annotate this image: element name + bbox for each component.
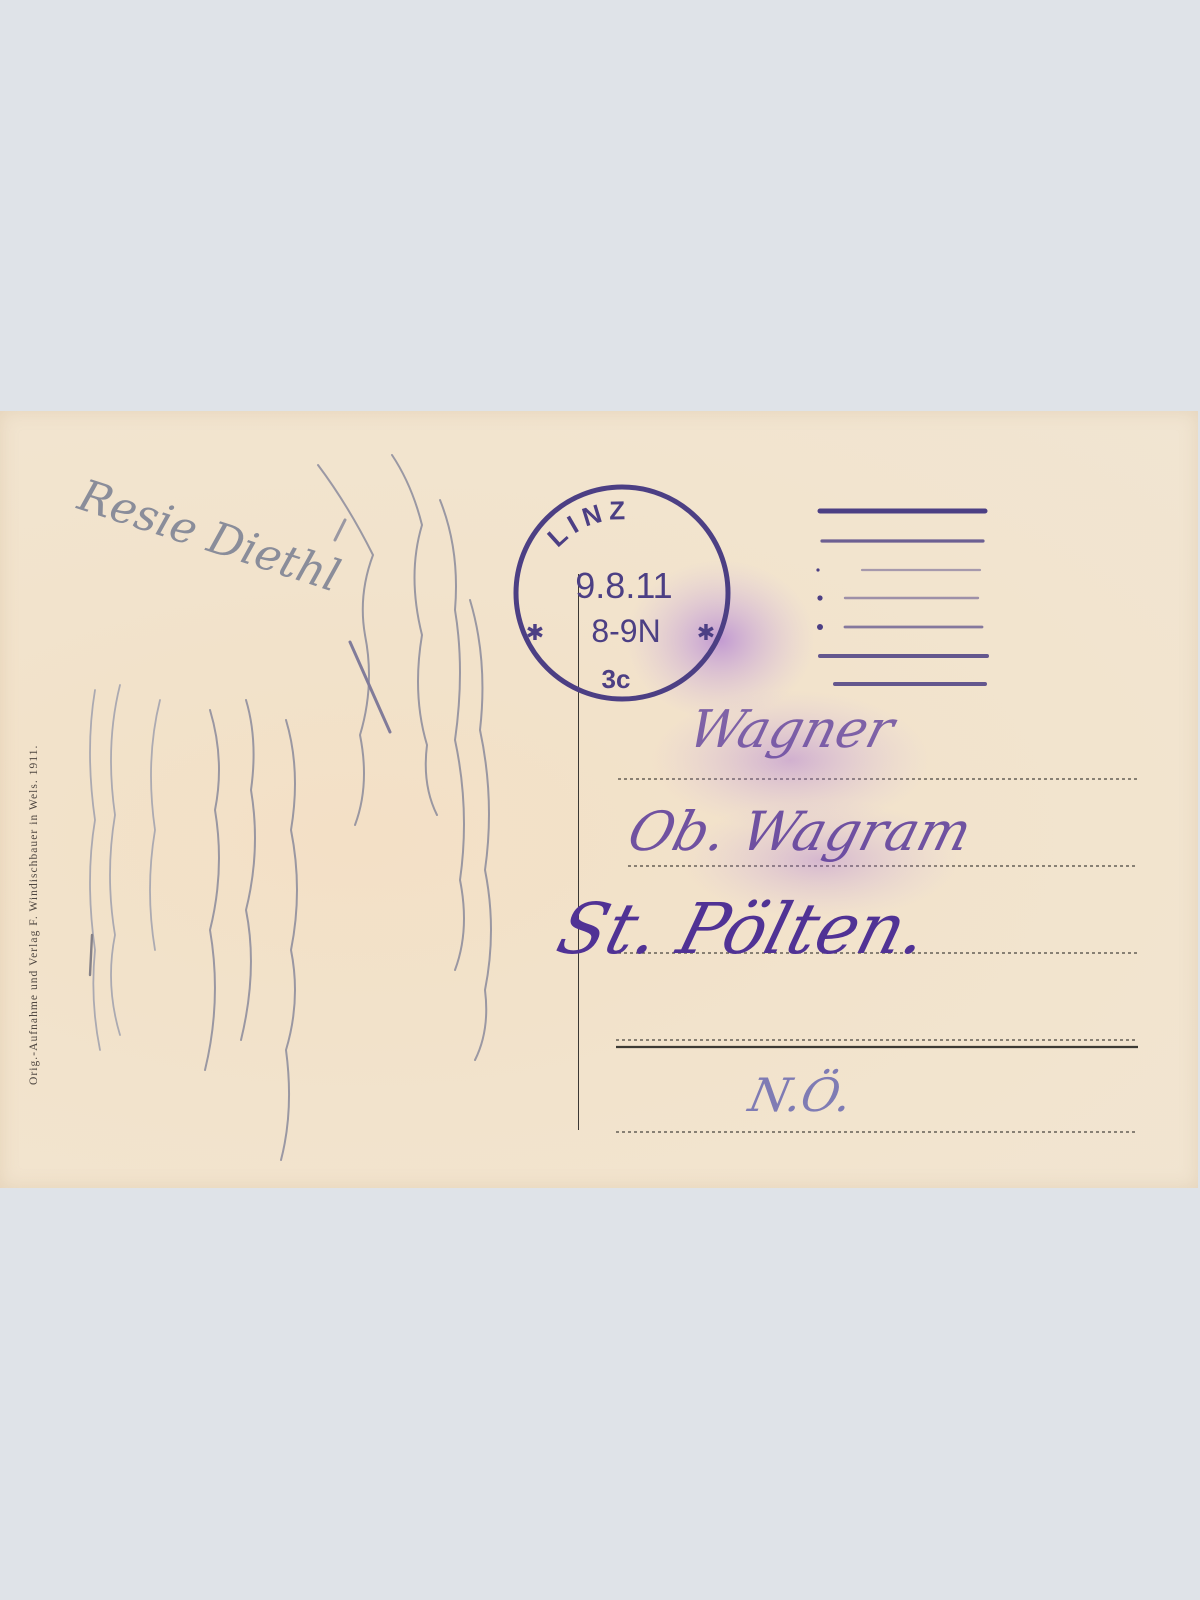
- postmark-date: 9.8.11: [575, 565, 672, 606]
- address-street: Ob. Wagram: [622, 800, 979, 863]
- svg-text:✱: ✱: [526, 620, 544, 645]
- address-town: St. Pölten.: [549, 888, 937, 970]
- svg-text:LINZ: LINZ: [541, 495, 631, 553]
- postmark-time: 8-9N: [591, 613, 660, 649]
- postmark-city: LINZ: [541, 495, 631, 553]
- postcard-markings: LINZ 9.8.11 8-9N 3c ✱ ✱: [0, 0, 1200, 1600]
- recipient-name: Wagner: [682, 700, 900, 760]
- pencil-signature-strokes: [90, 685, 160, 1050]
- postmark-office: 3c: [602, 664, 631, 694]
- cancellation-bars: [816, 511, 987, 684]
- svg-text:✱: ✱: [697, 620, 715, 645]
- address-region: N.Ö.: [744, 1068, 857, 1122]
